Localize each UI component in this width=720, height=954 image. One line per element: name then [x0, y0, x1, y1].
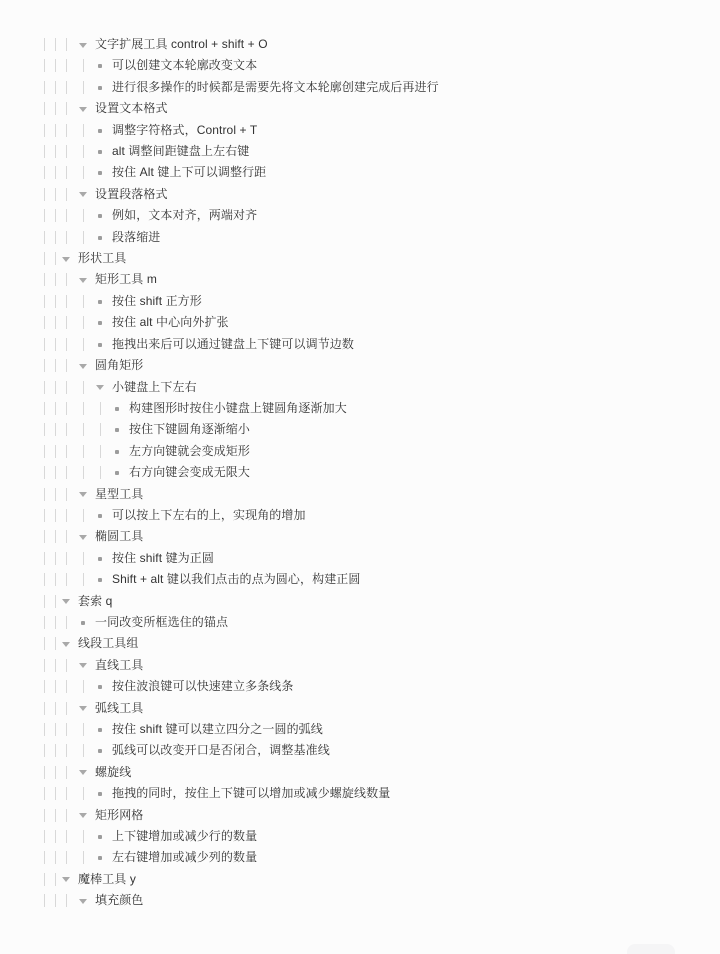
indent-guide-line — [44, 680, 45, 693]
outline: 文字扩展工具 control + shift + O可以创建文本轮廓改变文本进行… — [0, 34, 720, 912]
outline-row: 填充颜色 — [0, 890, 720, 911]
indent-guide-line — [66, 145, 67, 158]
outline-item-text[interactable]: 拖拽的同时，按住上下键可以增加或减少螺旋线数量 — [112, 783, 390, 804]
square-bullet-icon[interactable] — [98, 86, 102, 90]
triangle-down-icon[interactable] — [79, 706, 87, 711]
indent-guide-line — [66, 851, 67, 864]
indent-guide-line — [83, 787, 84, 800]
outline-item-text[interactable]: 矩形网格 — [95, 805, 143, 826]
square-bullet-icon[interactable] — [98, 129, 102, 133]
outline-item-text[interactable]: 文字扩展工具 control + shift + O — [95, 34, 268, 55]
indent-guide-line — [55, 659, 56, 672]
indent-guide-line — [66, 338, 67, 351]
indent-guide-line — [83, 59, 84, 72]
indent-guide-line — [44, 231, 45, 244]
indent-guide-line — [66, 231, 67, 244]
indent-guide-line — [66, 659, 67, 672]
outline-item-text[interactable]: Shift + alt 键以我们点击的点为圆心，构建正圆 — [112, 569, 361, 590]
indent-guide-line — [83, 423, 84, 436]
indent-guide-line — [44, 252, 45, 265]
outline-item-text[interactable]: 调整字符格式，Control + T — [112, 120, 257, 141]
indent-guide-line — [44, 338, 45, 351]
outline-item-text[interactable]: 构建图形时按住小键盘上键圆角逐渐加大 — [129, 398, 347, 419]
square-bullet-icon[interactable] — [98, 835, 102, 839]
triangle-down-icon[interactable] — [79, 278, 87, 283]
indent-guide-line — [66, 488, 67, 501]
indent-guide-line — [55, 851, 56, 864]
indent-guide-line — [44, 124, 45, 137]
triangle-down-icon[interactable] — [96, 385, 104, 390]
indent-guide-line — [55, 530, 56, 543]
outline-row: 椭圆工具 — [0, 526, 720, 547]
outline-item-text[interactable]: 椭圆工具 — [95, 526, 143, 547]
indent-guide-line — [66, 702, 67, 715]
outline-page: 文字扩展工具 control + shift + O可以创建文本轮廓改变文本进行… — [0, 0, 720, 954]
outline-row: 星型工具 — [0, 484, 720, 505]
indent-guide-line — [55, 787, 56, 800]
indent-guide-line — [55, 316, 56, 329]
outline-row: 魔棒工具 y — [0, 869, 720, 890]
triangle-down-icon[interactable] — [79, 107, 87, 112]
outline-item-text[interactable]: 按住 shift 键为正圆 — [112, 548, 214, 569]
indent-guide-line — [66, 809, 67, 822]
indent-guide-line — [66, 402, 67, 415]
indent-guide-line — [55, 81, 56, 94]
indent-guide-line — [66, 723, 67, 736]
indent-guide-line — [44, 766, 45, 779]
outline-row: 段落缩进 — [0, 227, 720, 248]
indent-guide-line — [66, 59, 67, 72]
indent-guide-line — [55, 873, 56, 886]
indent-guide-line — [55, 124, 56, 137]
indent-guide-line — [66, 445, 67, 458]
indent-guide-line — [44, 145, 45, 158]
indent-guide-line — [55, 231, 56, 244]
outline-item-text[interactable]: 按住下键圆角逐渐缩小 — [129, 419, 250, 440]
indent-guide-line — [55, 59, 56, 72]
indent-guide-line — [83, 445, 84, 458]
outline-row: 小键盘上下左右 — [0, 377, 720, 398]
outline-item-text[interactable]: 小键盘上下左右 — [112, 377, 197, 398]
triangle-down-icon[interactable] — [79, 535, 87, 540]
indent-guide-line — [83, 124, 84, 137]
indent-guide-line — [44, 81, 45, 94]
indent-guide-line — [83, 830, 84, 843]
indent-guide-line — [100, 466, 101, 479]
outline-row: 按住下键圆角逐渐缩小 — [0, 419, 720, 440]
indent-guide-line — [83, 744, 84, 757]
outline-item-text[interactable]: 弧线可以改变开口是否闭合，调整基准线 — [112, 740, 330, 761]
indent-guide-line — [66, 273, 67, 286]
outline-row: 矩形工具 m — [0, 269, 720, 290]
indent-guide-line — [66, 423, 67, 436]
indent-guide-line — [83, 573, 84, 586]
indent-guide-line — [44, 209, 45, 222]
outline-item-text[interactable]: 设置文本格式 — [95, 98, 168, 119]
outline-row: 上下键增加或减少行的数量 — [0, 826, 720, 847]
outline-row: 线段工具组 — [0, 633, 720, 654]
indent-guide-line — [66, 209, 67, 222]
outline-item-text[interactable]: 段落缩进 — [112, 227, 160, 248]
indent-guide-line — [66, 166, 67, 179]
outline-row: 按住 shift 正方形 — [0, 291, 720, 312]
indent-guide-line — [55, 616, 56, 629]
indent-guide-line — [66, 573, 67, 586]
outline-item-text[interactable]: 形状工具 — [78, 248, 126, 269]
square-bullet-icon[interactable] — [98, 728, 102, 732]
indent-guide-line — [55, 809, 56, 822]
indent-guide-line — [66, 616, 67, 629]
indent-guide-line — [66, 38, 67, 51]
outline-item-text[interactable]: 左右键增加或减少列的数量 — [112, 847, 257, 868]
triangle-down-icon[interactable] — [62, 642, 70, 647]
indent-guide-line — [44, 488, 45, 501]
outline-row: 圆角矩形 — [0, 355, 720, 376]
outline-row: 例如，文本对齐，两端对齐 — [0, 205, 720, 226]
outline-item-text[interactable]: 可以创建文本轮廓改变文本 — [112, 55, 257, 76]
indent-guide-line — [44, 787, 45, 800]
indent-guide-line — [44, 702, 45, 715]
indent-guide-line — [55, 830, 56, 843]
indent-guide-line — [100, 423, 101, 436]
indent-guide-line — [55, 488, 56, 501]
outline-row: 螺旋线 — [0, 762, 720, 783]
outline-item-text[interactable]: 右方向键会变成无限大 — [129, 462, 250, 483]
square-bullet-icon[interactable] — [98, 300, 102, 304]
outline-item-text[interactable]: 套索 q — [78, 591, 112, 612]
indent-guide-line — [55, 359, 56, 372]
outline-row: 一同改变所框选住的锚点 — [0, 612, 720, 633]
indent-guide-line — [44, 894, 45, 907]
indent-guide-line — [66, 124, 67, 137]
outline-row: 拖拽的同时，按住上下键可以增加或减少螺旋线数量 — [0, 783, 720, 804]
outline-row: 左右键增加或减少列的数量 — [0, 847, 720, 868]
indent-guide-line — [44, 552, 45, 565]
indent-guide-line — [44, 166, 45, 179]
triangle-down-icon[interactable] — [79, 43, 87, 48]
indent-guide-line — [55, 680, 56, 693]
indent-guide-line — [83, 338, 84, 351]
square-bullet-icon[interactable] — [115, 428, 119, 432]
indent-guide-line — [66, 316, 67, 329]
indent-guide-line — [83, 381, 84, 394]
outline-row: 可以按上下左右的上，实现角的增加 — [0, 505, 720, 526]
indent-guide-line — [44, 809, 45, 822]
indent-guide-line — [83, 552, 84, 565]
indent-guide-line — [44, 273, 45, 286]
outline-row: 按住 shift 键为正圆 — [0, 548, 720, 569]
indent-guide-line — [44, 423, 45, 436]
indent-guide-line — [100, 402, 101, 415]
square-bullet-icon[interactable] — [98, 792, 102, 796]
outline-row: 套索 q — [0, 591, 720, 612]
square-bullet-icon[interactable] — [98, 749, 102, 753]
indent-guide-line — [83, 402, 84, 415]
bottom-right-floating-element[interactable] — [627, 944, 675, 954]
indent-guide-line — [55, 188, 56, 201]
outline-row: 形状工具 — [0, 248, 720, 269]
indent-guide-line — [55, 402, 56, 415]
outline-item-text[interactable]: 例如，文本对齐，两端对齐 — [112, 205, 257, 226]
indent-guide-line — [44, 616, 45, 629]
indent-guide-line — [66, 680, 67, 693]
indent-guide-line — [55, 702, 56, 715]
square-bullet-icon[interactable] — [98, 856, 102, 860]
outline-row: 调整字符格式，Control + T — [0, 120, 720, 141]
outline-row: 直线工具 — [0, 655, 720, 676]
outline-row: 按住 alt 中心向外扩张 — [0, 312, 720, 333]
outline-item-text[interactable]: 线段工具组 — [78, 633, 139, 654]
indent-guide-line — [44, 381, 45, 394]
indent-guide-line — [66, 295, 67, 308]
outline-item-text[interactable]: 按住 shift 正方形 — [112, 291, 202, 312]
indent-guide-line — [55, 338, 56, 351]
indent-guide-line — [55, 381, 56, 394]
outline-row: 矩形网格 — [0, 805, 720, 826]
outline-row: 构建图形时按住小键盘上键圆角逐渐加大 — [0, 398, 720, 419]
triangle-down-icon[interactable] — [79, 492, 87, 497]
indent-guide-line — [83, 316, 84, 329]
indent-guide-line — [55, 894, 56, 907]
indent-guide-line — [66, 466, 67, 479]
indent-guide-line — [55, 273, 56, 286]
indent-guide-line — [44, 295, 45, 308]
indent-guide-line — [83, 231, 84, 244]
indent-guide-line — [100, 445, 101, 458]
triangle-down-icon[interactable] — [79, 192, 87, 197]
indent-guide-line — [44, 466, 45, 479]
square-bullet-icon[interactable] — [98, 578, 102, 582]
square-bullet-icon[interactable] — [98, 557, 102, 561]
outline-item-text[interactable]: 填充颜色 — [95, 890, 143, 911]
indent-guide-line — [55, 295, 56, 308]
indent-guide-line — [44, 188, 45, 201]
outline-row: 拖拽出来后可以通过键盘上下键可以调节边数 — [0, 334, 720, 355]
indent-guide-line — [55, 766, 56, 779]
indent-guide-line — [83, 851, 84, 864]
indent-guide-line — [66, 744, 67, 757]
indent-guide-line — [44, 59, 45, 72]
outline-item-text[interactable]: 魔棒工具 y — [78, 869, 136, 890]
indent-guide-line — [44, 573, 45, 586]
outline-row: 设置文本格式 — [0, 98, 720, 119]
indent-guide-line — [55, 573, 56, 586]
indent-guide-line — [66, 894, 67, 907]
indent-guide-line — [83, 680, 84, 693]
indent-guide-line — [44, 659, 45, 672]
outline-row: 按住波浪键可以快速建立多条线条 — [0, 676, 720, 697]
indent-guide-line — [55, 509, 56, 522]
square-bullet-icon[interactable] — [115, 450, 119, 454]
indent-guide-line — [44, 102, 45, 115]
square-bullet-icon[interactable] — [98, 514, 102, 518]
square-bullet-icon[interactable] — [98, 321, 102, 325]
indent-guide-line — [55, 637, 56, 650]
outline-item-text[interactable]: 按住波浪键可以快速建立多条线条 — [112, 676, 294, 697]
indent-guide-line — [66, 381, 67, 394]
triangle-down-icon[interactable] — [79, 364, 87, 369]
outline-row: 按住 shift 键可以建立四分之一圆的弧线 — [0, 719, 720, 740]
outline-item-text[interactable]: 直线工具 — [95, 655, 143, 676]
indent-guide-line — [66, 552, 67, 565]
indent-guide-line — [55, 145, 56, 158]
indent-guide-line — [83, 295, 84, 308]
outline-item-text[interactable]: 一同改变所框选住的锚点 — [95, 612, 228, 633]
outline-item-text[interactable]: 螺旋线 — [95, 762, 131, 783]
indent-guide-line — [55, 38, 56, 51]
indent-guide-line — [55, 423, 56, 436]
outline-item-text[interactable]: 上下键增加或减少行的数量 — [112, 826, 257, 847]
indent-guide-line — [66, 81, 67, 94]
indent-guide-line — [55, 744, 56, 757]
triangle-down-icon[interactable] — [62, 599, 70, 604]
outline-item-text[interactable]: 矩形工具 m — [95, 269, 157, 290]
indent-guide-line — [83, 145, 84, 158]
square-bullet-icon[interactable] — [98, 685, 102, 689]
indent-guide-line — [66, 359, 67, 372]
indent-guide-line — [55, 252, 56, 265]
outline-item-text[interactable]: 可以按上下左右的上，实现角的增加 — [112, 505, 306, 526]
indent-guide-line — [66, 766, 67, 779]
square-bullet-icon[interactable] — [98, 64, 102, 68]
outline-item-text[interactable]: 按住 alt 中心向外扩张 — [112, 312, 229, 333]
square-bullet-icon[interactable] — [98, 171, 102, 175]
triangle-down-icon[interactable] — [79, 770, 87, 775]
indent-guide-line — [83, 166, 84, 179]
indent-guide-line — [55, 723, 56, 736]
square-bullet-icon[interactable] — [115, 407, 119, 411]
square-bullet-icon[interactable] — [81, 621, 85, 625]
indent-guide-line — [66, 102, 67, 115]
outline-item-text[interactable]: 按住 shift 键可以建立四分之一圆的弧线 — [112, 719, 323, 740]
square-bullet-icon[interactable] — [98, 214, 102, 218]
outline-row: 左方向键就会变成矩形 — [0, 441, 720, 462]
square-bullet-icon[interactable] — [98, 236, 102, 240]
indent-guide-line — [44, 402, 45, 415]
indent-guide-line — [44, 445, 45, 458]
indent-guide-line — [44, 359, 45, 372]
outline-item-text[interactable]: 拖拽出来后可以通过键盘上下键可以调节边数 — [112, 334, 354, 355]
square-bullet-icon[interactable] — [115, 471, 119, 475]
indent-guide-line — [66, 188, 67, 201]
outline-row: 可以创建文本轮廓改变文本 — [0, 55, 720, 76]
outline-item-text[interactable]: 左方向键就会变成矩形 — [129, 441, 250, 462]
square-bullet-icon[interactable] — [98, 343, 102, 347]
indent-guide-line — [44, 873, 45, 886]
outline-item-text[interactable]: 进行很多操作的时候都是需要先将文本轮廓创建完成后再进行 — [112, 77, 439, 98]
indent-guide-line — [44, 530, 45, 543]
indent-guide-line — [44, 723, 45, 736]
triangle-down-icon[interactable] — [62, 257, 70, 262]
indent-guide-line — [83, 209, 84, 222]
indent-guide-line — [66, 509, 67, 522]
outline-row: 设置段落格式 — [0, 184, 720, 205]
indent-guide-line — [44, 637, 45, 650]
outline-item-text[interactable]: 星型工具 — [95, 484, 143, 505]
indent-guide-line — [44, 38, 45, 51]
outline-item-text[interactable]: 按住 Alt 键上下可以调整行距 — [112, 162, 266, 183]
indent-guide-line — [66, 830, 67, 843]
indent-guide-line — [83, 81, 84, 94]
triangle-down-icon[interactable] — [79, 663, 87, 668]
triangle-down-icon[interactable] — [79, 899, 87, 904]
outline-row: 进行很多操作的时候都是需要先将文本轮廓创建完成后再进行 — [0, 77, 720, 98]
indent-guide-line — [55, 166, 56, 179]
indent-guide-line — [44, 830, 45, 843]
outline-row: 文字扩展工具 control + shift + O — [0, 34, 720, 55]
indent-guide-line — [44, 316, 45, 329]
outline-item-text[interactable]: 设置段落格式 — [95, 184, 168, 205]
indent-guide-line — [83, 466, 84, 479]
triangle-down-icon[interactable] — [62, 877, 70, 882]
outline-row: Shift + alt 键以我们点击的点为圆心，构建正圆 — [0, 569, 720, 590]
indent-guide-line — [44, 744, 45, 757]
outline-row: 按住 Alt 键上下可以调整行距 — [0, 162, 720, 183]
outline-item-text[interactable]: alt 调整间距键盘上左右键 — [112, 141, 249, 162]
indent-guide-line — [55, 445, 56, 458]
indent-guide-line — [83, 509, 84, 522]
triangle-down-icon[interactable] — [79, 813, 87, 818]
outline-row: 弧线可以改变开口是否闭合，调整基准线 — [0, 740, 720, 761]
indent-guide-line — [44, 509, 45, 522]
indent-guide-line — [66, 787, 67, 800]
square-bullet-icon[interactable] — [98, 150, 102, 154]
outline-row: 右方向键会变成无限大 — [0, 462, 720, 483]
indent-guide-line — [55, 102, 56, 115]
indent-guide-line — [55, 552, 56, 565]
indent-guide-line — [66, 530, 67, 543]
indent-guide-line — [44, 595, 45, 608]
indent-guide-line — [55, 209, 56, 222]
indent-guide-line — [55, 595, 56, 608]
indent-guide-line — [55, 466, 56, 479]
outline-row: 弧线工具 — [0, 698, 720, 719]
indent-guide-line — [44, 851, 45, 864]
outline-row: alt 调整间距键盘上左右键 — [0, 141, 720, 162]
indent-guide-line — [83, 723, 84, 736]
outline-item-text[interactable]: 弧线工具 — [95, 698, 143, 719]
outline-item-text[interactable]: 圆角矩形 — [95, 355, 143, 376]
